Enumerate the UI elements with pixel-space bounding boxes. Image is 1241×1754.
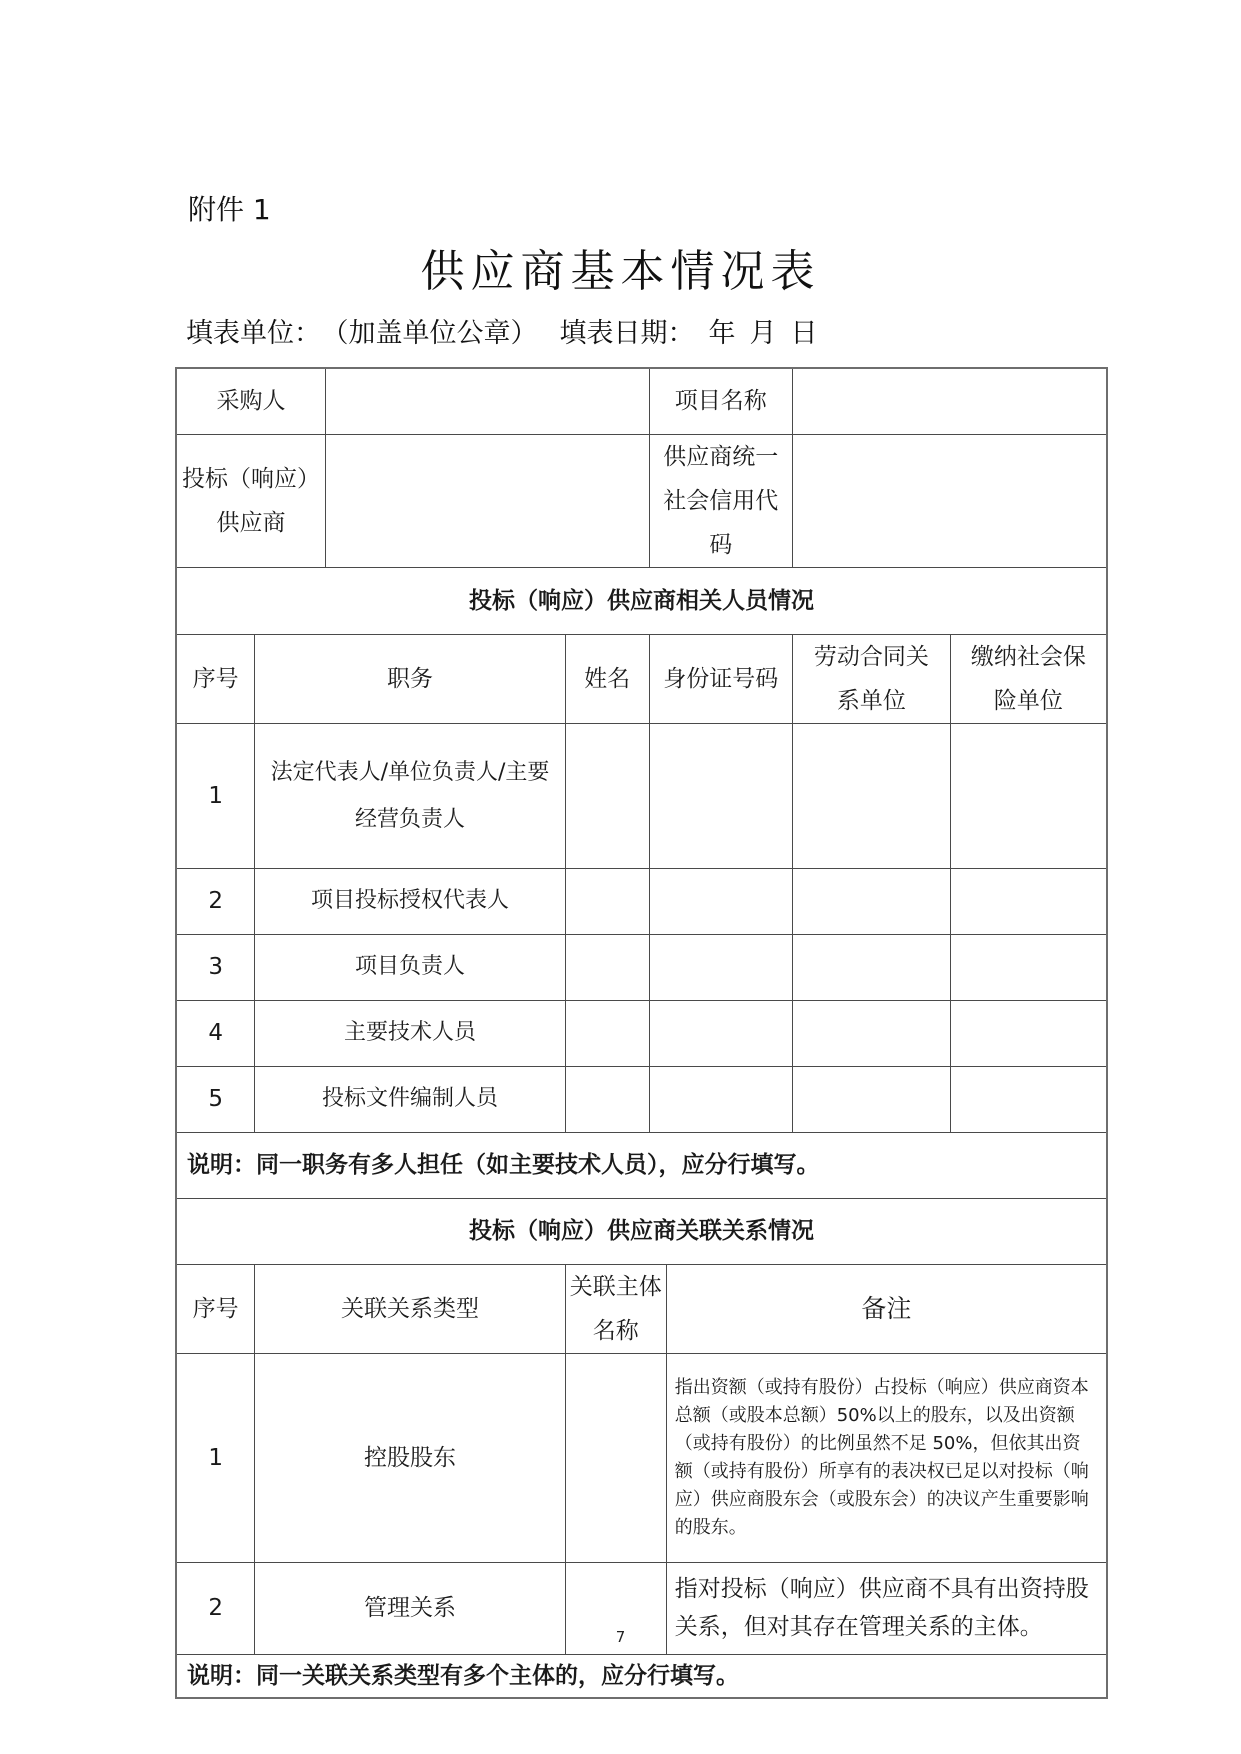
column-header-id-number: 身份证号码: [649, 634, 793, 723]
purchaser-label: 采购人: [176, 368, 326, 434]
table-row: 3 项目负责人: [176, 934, 1107, 1000]
relations-header-row: 序号 关联关系类型 关联主体名称 备注: [176, 1264, 1107, 1353]
row-remark: 指出资额（或持有股份）占投标（响应）供应商资本总额（或股本总额）50%以上的股东…: [666, 1353, 1107, 1562]
labor-contract-unit-field[interactable]: [793, 934, 951, 1000]
column-header-labor-contract-unit: 劳动合同关系单位: [793, 634, 951, 723]
table-row: 1 控股股东 指出资额（或持有股份）占投标（响应）供应商资本总额（或股本总额）5…: [176, 1353, 1107, 1562]
table-row: 4 主要技术人员: [176, 1000, 1107, 1066]
supplier-info-table: 采购人 项目名称 投标（响应）供应商 供应商统一社会信用代码 投标（响应）供应商…: [175, 367, 1108, 1699]
column-header-social-insurance-unit: 缴纳社会保险单位: [950, 634, 1107, 723]
social-insurance-unit-field[interactable]: [950, 1000, 1107, 1066]
column-header-no: 序号: [176, 634, 255, 723]
row-no: 4: [176, 1000, 255, 1066]
row-position: 法定代表人/单位负责人/主要经营负责人: [255, 723, 565, 868]
project-name-field[interactable]: [793, 368, 1107, 434]
id-number-field[interactable]: [649, 1066, 793, 1132]
column-header-relation-type: 关联关系类型: [255, 1264, 565, 1353]
personnel-header-row: 序号 职务 姓名 身份证号码 劳动合同关系单位 缴纳社会保险单位: [176, 634, 1107, 723]
row-relation-type: 控股股东: [255, 1353, 565, 1562]
credit-code-label: 供应商统一社会信用代码: [649, 434, 793, 567]
row-no: 3: [176, 934, 255, 1000]
credit-code-field[interactable]: [793, 434, 1107, 567]
relations-note: 说明：同一关联关系类型有多个主体的，应分行填写。: [176, 1654, 1107, 1698]
table-row: 2 项目投标授权代表人: [176, 868, 1107, 934]
row-position: 主要技术人员: [255, 1000, 565, 1066]
entity-name-field[interactable]: [565, 1353, 666, 1562]
labor-contract-unit-field[interactable]: [793, 723, 951, 868]
id-number-field[interactable]: [649, 934, 793, 1000]
name-field[interactable]: [565, 868, 649, 934]
page-title: 供应商基本情况表: [0, 244, 1241, 300]
column-header-position: 职务: [255, 634, 565, 723]
fill-date-label: 填表日期：: [560, 318, 695, 349]
row-position: 项目投标授权代表人: [255, 868, 565, 934]
purchaser-field[interactable]: [326, 368, 649, 434]
project-name-label: 项目名称: [649, 368, 793, 434]
table-row: 5 投标文件编制人员: [176, 1066, 1107, 1132]
page-number: 7: [0, 1628, 1241, 1646]
id-number-field[interactable]: [649, 1000, 793, 1066]
social-insurance-unit-field[interactable]: [950, 868, 1107, 934]
row-no: 2: [176, 868, 255, 934]
personnel-section-title: 投标（响应）供应商相关人员情况: [176, 567, 1107, 634]
name-field[interactable]: [565, 1066, 649, 1132]
basic-info-row: 投标（响应）供应商 供应商统一社会信用代码: [176, 434, 1107, 567]
social-insurance-unit-field[interactable]: [950, 934, 1107, 1000]
year-label: 年: [709, 318, 736, 349]
table-row: 1 法定代表人/单位负责人/主要经营负责人: [176, 723, 1107, 868]
column-header-name: 姓名: [565, 634, 649, 723]
column-header-entity-name: 关联主体名称: [565, 1264, 666, 1353]
id-number-field[interactable]: [649, 723, 793, 868]
basic-info-row: 采购人 项目名称: [176, 368, 1107, 434]
labor-contract-unit-field[interactable]: [793, 868, 951, 934]
labor-contract-unit-field[interactable]: [793, 1066, 951, 1132]
row-no: 5: [176, 1066, 255, 1132]
row-position: 投标文件编制人员: [255, 1066, 565, 1132]
social-insurance-unit-field[interactable]: [950, 723, 1107, 868]
relations-section-title: 投标（响应）供应商关联关系情况: [176, 1198, 1107, 1264]
supplier-label: 投标（响应）供应商: [176, 434, 326, 567]
fill-info-line: 填表单位：（加盖单位公章）填表日期：年月日: [186, 316, 840, 352]
attachment-label: 附件 1: [188, 192, 271, 228]
supplier-field[interactable]: [326, 434, 649, 567]
name-field[interactable]: [565, 934, 649, 1000]
column-header-no: 序号: [176, 1264, 255, 1353]
fill-unit-value: （加盖单位公章）: [335, 318, 538, 349]
name-field[interactable]: [565, 1000, 649, 1066]
row-no: 1: [176, 723, 255, 868]
id-number-field[interactable]: [649, 868, 793, 934]
name-field[interactable]: [565, 723, 649, 868]
row-no: 1: [176, 1353, 255, 1562]
day-label: 日: [791, 318, 818, 349]
column-header-remark: 备注: [666, 1264, 1107, 1353]
social-insurance-unit-field[interactable]: [950, 1066, 1107, 1132]
row-position: 项目负责人: [255, 934, 565, 1000]
labor-contract-unit-field[interactable]: [793, 1000, 951, 1066]
month-label: 月: [750, 318, 777, 349]
personnel-note: 说明：同一职务有多人担任（如主要技术人员），应分行填写。: [176, 1132, 1107, 1198]
fill-unit-label: 填表单位：: [186, 318, 321, 349]
